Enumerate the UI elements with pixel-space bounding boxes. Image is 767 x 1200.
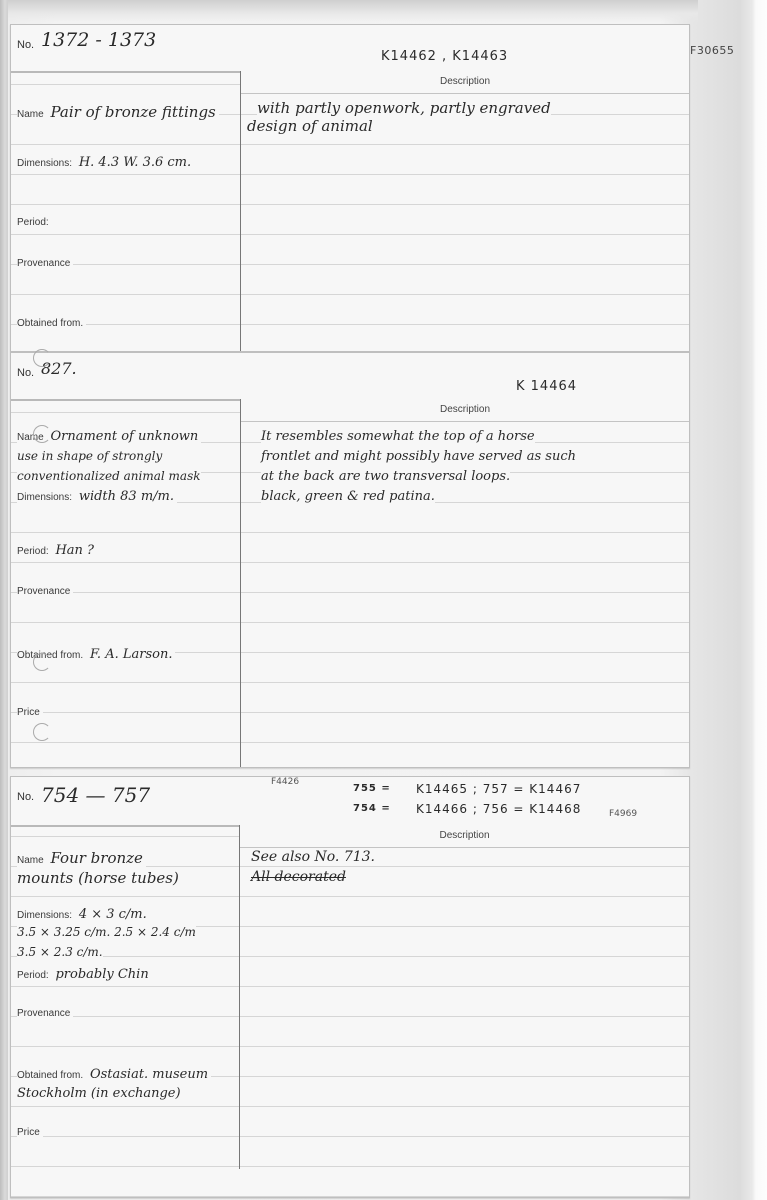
column-divider [240,71,241,351]
page-top-shadow [8,0,698,22]
name-line: conventionalized animal mask [17,469,201,483]
dimensions-field: Dimensions: 4 × 3 c/m. [17,907,150,922]
period-field: Period: probably Chin [17,967,152,982]
description-line: It resembles somewhat the top of a horse [261,429,535,444]
ref-map-key-1: 755 = [353,783,391,794]
obtained-from-line: Stockholm (in exchange) [17,1086,181,1101]
number-label: No. [17,791,34,803]
period-field: Period: Han ? [17,543,97,558]
dimensions-label: Dimensions: [17,910,72,921]
description-header: Description [241,71,689,94]
punch-hole [33,349,51,367]
number-label: No. [17,367,34,379]
card-header: No. 754 — 757 F4426 755 = K14465 ; 757 =… [11,777,689,827]
name-label: Name [17,855,44,866]
catalogue-card-1: No. 1372 - 1373 K14462 , K14463 Descript… [10,24,690,352]
ref-map-key-2: 754 = [353,803,391,814]
obtained-from-value: F. A. Larson. [90,647,173,662]
description-line: design of animal [247,117,373,135]
name-value: Pair of bronze fittings [50,103,215,121]
card-header: No. 827. K 14464 [11,353,689,401]
period-label: Period: [17,546,49,557]
name-line: use in shape of strongly [17,449,162,463]
period-label: Period: [17,217,49,228]
name-value: Four bronze [50,849,142,867]
obtained-from-field: Obtained from. Ostasiat. museum [17,1067,211,1082]
description-line: at the back are two transversal loops. [261,469,510,484]
description-header: Description [240,825,689,848]
dimensions-line: 3.5 × 3.25 c/m. 2.5 × 2.4 c/m [17,925,196,939]
side-reference-right: F4969 [609,809,637,819]
provenance-label: Provenance [17,1008,70,1019]
catalogue-card-2: No. 827. K 14464 Description Name Orname… [10,352,690,768]
number-label: No. [17,39,34,51]
provenance-field: Provenance [17,258,73,269]
provenance-field: Provenance [17,586,73,597]
catalogue-page: F30655 No. 1372 - 1373 K14462 , K14463 D… [0,0,767,1200]
period-label: Period: [17,970,49,981]
name-label: Name [17,109,44,120]
item-number: 754 — 757 [41,783,150,807]
name-line: mounts (horse tubes) [17,869,179,887]
price-label: Price [17,1127,40,1138]
period-value: probably Chin [55,967,148,982]
description-line: frontlet and might possibly have served … [261,449,576,464]
dimensions-label: Dimensions: [17,492,72,503]
dimensions-value: H. 4.3 W. 3.6 cm. [79,155,191,170]
price-field: Price [17,1127,43,1138]
description-line: with partly openwork, partly engraved [257,99,551,117]
column-divider [239,825,240,1169]
ref-map-value-2: K14466 ; 756 = K14468 [416,802,581,816]
description-header: Description [241,399,689,422]
dimensions-label: Dimensions: [17,158,72,169]
period-value: Han ? [55,543,94,558]
ref-map-value-1: K14465 ; 757 = K14467 [416,782,581,796]
side-reference-left: F4426 [271,777,299,787]
period-field: Period: [17,217,52,228]
name-field: Name Four bronze [17,849,146,867]
dimensions-value: width 83 m/m. [79,489,174,504]
obtained-from-value: Ostasiat. museum [90,1067,208,1082]
punch-hole [33,723,51,741]
name-value: Ornament of unknown [50,429,198,444]
obtained-from-label: Obtained from. [17,1070,83,1081]
price-field: Price [17,707,43,718]
catalogue-refs: K 14464 [516,379,577,394]
obtained-from-label: Obtained from. [17,318,83,329]
dimensions-value: 4 × 3 c/m. [79,907,147,922]
description-line: All decorated [251,869,346,885]
catalogue-card-3: No. 754 — 757 F4426 755 = K14465 ; 757 =… [10,776,690,1198]
page-binding-edge [0,0,8,1200]
price-label: Price [17,707,40,718]
catalogue-refs: K14462 , K14463 [381,49,508,64]
column-divider [240,399,241,767]
dimensions-line: 3.5 × 2.3 c/m. [17,945,103,959]
punch-hole [33,653,51,671]
description-line: See also No. 713. [251,849,375,865]
item-number: 1372 - 1373 [41,29,156,51]
obtained-from-field: Obtained from. [17,318,86,329]
description-line: black, green & red patina. [261,489,435,504]
provenance-label: Provenance [17,586,70,597]
name-field: Name Pair of bronze fittings [17,103,219,121]
card-header: No. 1372 - 1373 K14462 , K14463 [11,25,689,73]
punch-hole [33,425,51,443]
page-reference-number: F30655 [690,44,734,57]
provenance-label: Provenance [17,258,70,269]
dimensions-field: Dimensions: width 83 m/m. [17,489,177,504]
dimensions-field: Dimensions: H. 4.3 W. 3.6 cm. [17,155,194,170]
provenance-field: Provenance [17,1008,73,1019]
